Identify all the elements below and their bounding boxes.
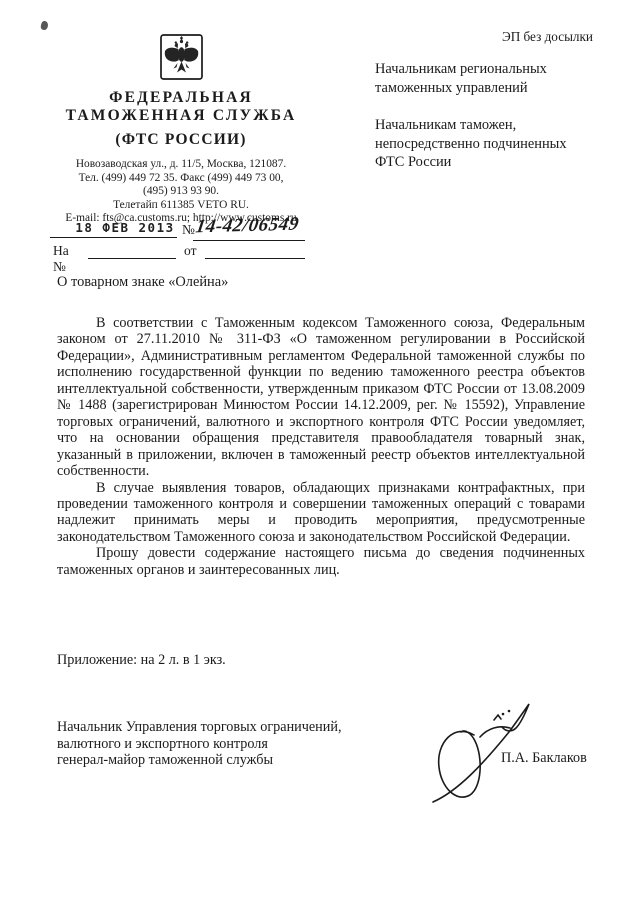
recipients-block: Начальникам региональных таможенных упра…: [375, 60, 567, 172]
scan-speck: [40, 20, 49, 30]
coat-of-arms-icon: [160, 34, 203, 80]
address-line: (495) 913 93 90.: [38, 185, 324, 199]
subject-line: О товарном знаке «Олейна»: [57, 274, 228, 291]
date-underline: [50, 236, 177, 238]
body-paragraph-1: В соответствии с Таможенным кодексом Там…: [57, 315, 585, 480]
date-stamp: 18 ФЕВ 2013: [70, 220, 180, 235]
address-line: Телетайп 611385 VETO RU.: [38, 199, 324, 213]
org-name-line1: ФЕДЕРАЛЬНАЯ: [38, 89, 324, 106]
org-name-line2: ТАМОЖЕННАЯ СЛУЖБА: [38, 107, 324, 124]
number-underline: [193, 239, 305, 241]
signer-position-line: валютного и экспортного контроля: [57, 736, 342, 753]
address-line: Новозаводская ул., д. 11/5, Москва, 1210…: [38, 158, 324, 172]
signer-position-line: генерал-майор таможенной службы: [57, 752, 342, 769]
recipient-line: ФТС России: [375, 153, 567, 172]
letterhead: ФЕДЕРАЛЬНАЯ ТАМОЖЕННАЯ СЛУЖБА (ФТС РОССИ…: [38, 34, 324, 226]
incoming-number-underline: [88, 257, 176, 259]
delivery-note: ЭП без досылки: [502, 29, 593, 45]
recipient-line: непосредственно подчиненных: [375, 135, 567, 154]
attachment-note: Приложение: на 2 л. в 1 экз.: [57, 652, 226, 669]
from-label: от: [184, 243, 196, 259]
recipient-line: таможенных управлений: [375, 79, 567, 98]
recipient-line: Начальникам региональных: [375, 60, 567, 79]
recipient-group-1: Начальникам региональных таможенных упра…: [375, 60, 567, 97]
signer-name: П.А. Баклаков: [501, 750, 587, 767]
org-name-line3: (ФТС РОССИИ): [38, 131, 324, 149]
letter-page: ЭП без досылки: [0, 0, 640, 905]
incoming-number-label: На №: [53, 243, 69, 275]
body-paragraph-3: Прошу довести содержание настоящего пись…: [57, 545, 585, 578]
body-paragraph-2: В случае выявления товаров, обладающих п…: [57, 480, 585, 546]
recipient-line: Начальникам таможен,: [375, 116, 567, 135]
from-date-underline: [205, 257, 305, 259]
number-sign: №: [182, 222, 195, 238]
recipient-group-2: Начальникам таможен, непосредственно под…: [375, 116, 567, 172]
address-line: Тел. (499) 449 72 35. Факс (499) 449 73 …: [38, 172, 324, 186]
signer-position-line: Начальник Управления торговых ограничени…: [57, 719, 342, 736]
signer-position: Начальник Управления торговых ограничени…: [57, 719, 342, 769]
handwritten-number: 14-42/06549: [194, 214, 300, 239]
letter-body: В соответствии с Таможенным кодексом Там…: [57, 315, 585, 578]
